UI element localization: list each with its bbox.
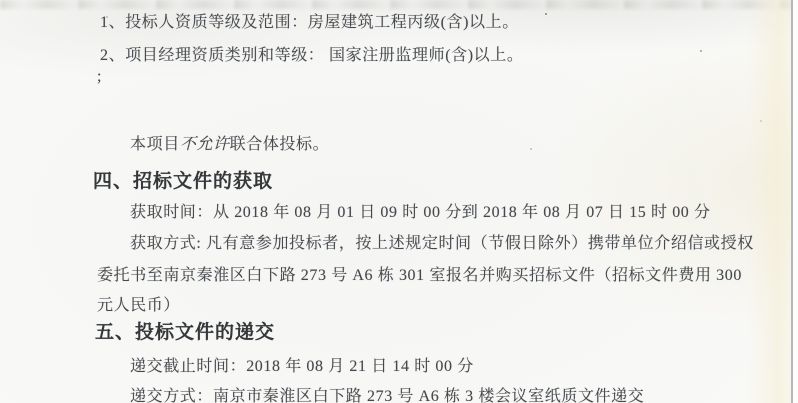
obtain-method-line-3: 元人民币） — [97, 292, 180, 315]
section-5-heading: 五、投标文件的递交 — [95, 317, 275, 344]
joint-venture-note: 本项目不允许联合体投标。 — [130, 131, 329, 154]
obtain-method-line-1: 获取方式: 凡有意参加投标者，按上述规定时间（节假日除外）携带单位介绍信或授权 — [130, 230, 754, 253]
scan-dust-specks — [0, 0, 2, 2]
qualification-item-2: 2、项目经理资质类别和等级： 国家注册监理师(含)以上。 — [100, 42, 523, 65]
scan-noise-top-band — [0, 0, 798, 9]
stray-semicolon: ; — [97, 68, 102, 86]
joint-venture-note-prefix: 本项目 — [130, 136, 180, 153]
qualification-item-1: 1、投标人资质等级及范围：房屋建筑工程丙级(含)以上。 — [100, 9, 519, 32]
submission-deadline-line: 递交截止时间：2018 年 08 月 21 日 14 时 00 分 — [130, 353, 474, 376]
section-4-heading: 四、招标文件的获取 — [93, 166, 273, 193]
obtain-time-line: 获取时间：从 2018 年 08 月 01 日 09 时 00 分到 2018 … — [130, 199, 711, 222]
page-edge-cream-band — [746, 0, 792, 403]
submission-method-line: 递交方式：南京市秦淮区白下路 273 号 A6 栋 3 楼会议室纸质文件递交 — [130, 383, 644, 403]
joint-venture-note-suffix: 联合体投标。 — [230, 136, 330, 153]
joint-venture-note-emphasis: 不允许 — [180, 136, 230, 153]
scanner-right-margin — [793, 0, 798, 403]
obtain-method-line-2: 委托书至南京秦淮区白下路 273 号 A6 栋 301 室报名并购买招标文件（招… — [97, 262, 742, 285]
scanned-document-page: 1、投标人资质等级及范围：房屋建筑工程丙级(含)以上。 2、项目经理资质类别和等… — [0, 0, 798, 403]
